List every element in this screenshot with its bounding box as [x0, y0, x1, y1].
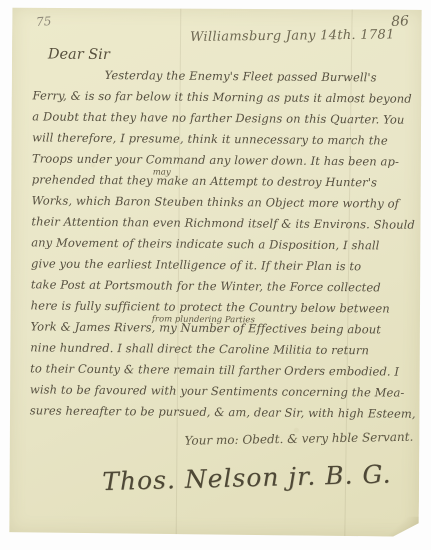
- letter-body: Yesterday the Enemy's Fleet passed Burwe…: [30, 64, 420, 424]
- letter-signature: Thos. Nelson jr. B. G.: [102, 459, 392, 496]
- letter-dateline: Williamsburg Jany 14th. 1781: [190, 27, 395, 44]
- corner-fold: [385, 516, 419, 536]
- letter-paper: 75 86 Williamsburg Jany 14th. 1781 Dear …: [8, 6, 424, 537]
- archival-number-top-left: 75: [36, 14, 52, 29]
- interlinear-insertion: may: [153, 162, 171, 183]
- photo-background: 75 86 Williamsburg Jany 14th. 1781 Dear …: [0, 0, 431, 550]
- letter-line: sures hereafter to be pursued, & am, dea…: [30, 400, 417, 424]
- letter-salutation: Dear Sir: [48, 47, 110, 64]
- interlinear-insertion: from plundering Parties: [152, 309, 255, 331]
- letter-closing: Your mo: Obedt. & very hble Servant.: [185, 430, 414, 448]
